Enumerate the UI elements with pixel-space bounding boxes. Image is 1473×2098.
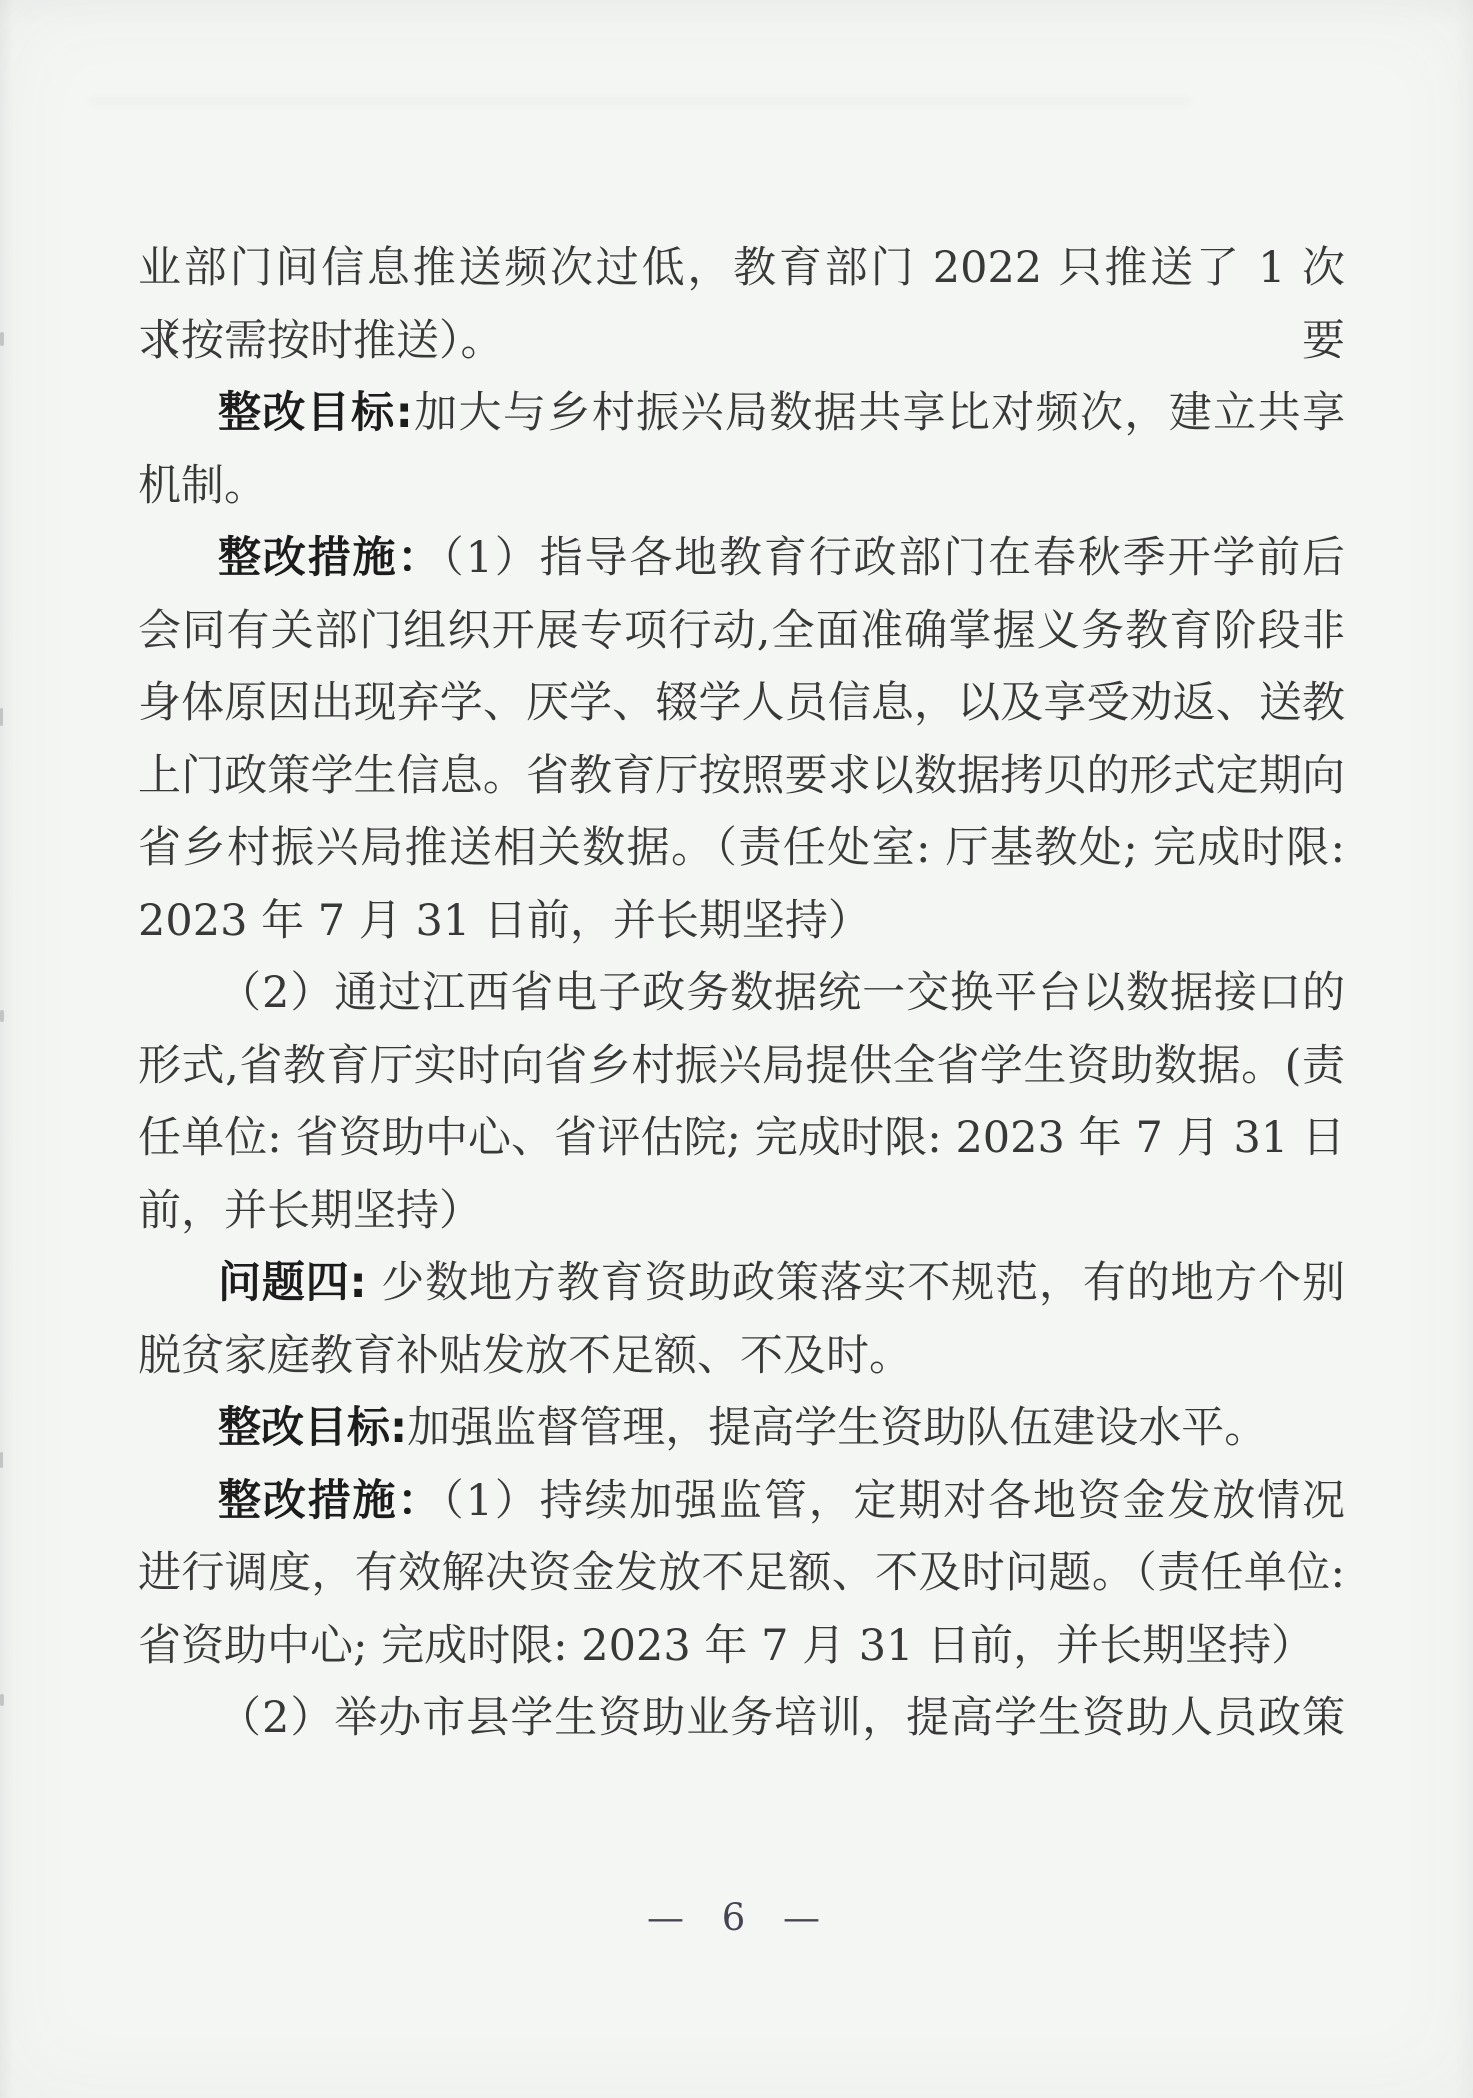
section-lead-label: 问题四:: [218, 1258, 367, 1308]
line-text: （2）通过江西省电子政务数据统一交换平台以数据接口的: [218, 968, 1345, 1018]
text-line: 身体原因出现弃学、厌学、辍学人员信息，以及享受劝返、送教: [138, 667, 1345, 740]
text-line: 省乡村振兴局推送相关数据。（责任处室: 厅基教处; 完成时限:: [138, 812, 1345, 885]
section-lead-label: 整改措施：: [218, 533, 442, 583]
text-line: 问题四: 少数地方教育资助政策落实不规范，有的地方个别: [138, 1247, 1345, 1320]
text-line: 2023 年 7 月 31 日前，并长期坚持）: [138, 885, 1345, 958]
text-line: 整改措施：（1）指导各地教育行政部门在春秋季开学前后: [138, 522, 1345, 595]
line-text: 会同有关部门组织开展专项行动,全面准确掌握义务教育阶段非: [138, 606, 1345, 656]
line-text: 前，并长期坚持）: [138, 1186, 482, 1236]
line-text: 2023 年 7 月 31 日前，并长期坚持）: [138, 896, 871, 946]
line-text: 加强监督管理，提高学生资助队伍建设水平。: [407, 1403, 1267, 1453]
page-number: — 6 —: [0, 1896, 1473, 1939]
line-text: 省乡村振兴局推送相关数据。（责任处室: 厅基教处; 完成时限:: [138, 823, 1345, 873]
text-line: 整改目标:加强监督管理，提高学生资助队伍建设水平。: [138, 1392, 1345, 1465]
text-line: 省资助中心; 完成时限: 2023 年 7 月 31 日前，并长期坚持）: [138, 1610, 1345, 1683]
text-line: （2）举办市县学生资助业务培训，提高学生资助人员政策: [138, 1682, 1345, 1755]
text-line: 形式,省教育厅实时向省乡村振兴局提供全省学生资助数据。(责: [138, 1030, 1345, 1103]
line-text: 机制。: [138, 461, 267, 511]
line-text: 形式,省教育厅实时向省乡村振兴局提供全省学生资助数据。(责: [138, 1041, 1345, 1091]
text-line: 前，并长期坚持）: [138, 1175, 1345, 1248]
line-text: 身体原因出现弃学、厌学、辍学人员信息，以及享受劝返、送教: [138, 678, 1345, 728]
text-line: 上门政策学生信息。省教育厅按照要求以数据拷贝的形式定期向: [138, 740, 1345, 813]
text-line: 机制。: [138, 450, 1345, 523]
line-text: 脱贫家庭教育补贴发放不足额、不及时。: [138, 1331, 912, 1381]
scan-artifact: [0, 1010, 4, 1022]
section-lead-label: 整改目标:: [218, 1403, 407, 1453]
text-line: 任单位: 省资助中心、省评估院; 完成时限: 2023 年 7 月 31 日: [138, 1102, 1345, 1175]
line-text: 省资助中心; 完成时限: 2023 年 7 月 31 日前，并长期坚持）: [138, 1621, 1314, 1671]
line-text: 上门政策学生信息。省教育厅按照要求以数据拷贝的形式定期向: [138, 751, 1345, 801]
line-text: 求按需按时推送）。: [138, 316, 504, 366]
scan-artifact: [90, 96, 1190, 106]
line-text: （2）举办市县学生资助业务培训，提高学生资助人员政策: [218, 1693, 1345, 1743]
scanned-document-page: 业部门间信息推送频次过低，教育部门 2022 只推送了 1 次（要 求按需按时推…: [0, 0, 1473, 2098]
page-body-text: 业部门间信息推送频次过低，教育部门 2022 只推送了 1 次（要 求按需按时推…: [138, 232, 1345, 1755]
line-text: 加大与乡村振兴局数据共享比对频次，建立共享: [413, 388, 1345, 438]
line-text: （1）持续加强监管，定期对各地资金发放情况: [442, 1476, 1345, 1526]
text-line: 业部门间信息推送频次过低，教育部门 2022 只推送了 1 次（要: [138, 232, 1345, 305]
line-text: 任单位: 省资助中心、省评估院; 完成时限: 2023 年 7 月 31 日: [138, 1113, 1345, 1163]
line-text: 进行调度，有效解决资金发放不足额、不及时问题。（责任单位:: [138, 1548, 1345, 1598]
text-line: 会同有关部门组织开展专项行动,全面准确掌握义务教育阶段非: [138, 595, 1345, 668]
scan-artifact: [0, 708, 3, 726]
section-lead-label: 整改措施：: [218, 1476, 442, 1526]
text-line: 进行调度，有效解决资金发放不足额、不及时问题。（责任单位:: [138, 1537, 1345, 1610]
text-line: （2）通过江西省电子政务数据统一交换平台以数据接口的: [138, 957, 1345, 1030]
section-lead-label: 整改目标:: [218, 388, 413, 438]
text-line: 整改目标:加大与乡村振兴局数据共享比对频次，建立共享: [138, 377, 1345, 450]
line-text: （1）指导各地教育行政部门在春秋季开学前后: [442, 533, 1345, 583]
scan-artifact: [0, 1694, 4, 1706]
text-line: 整改措施：（1）持续加强监管，定期对各地资金发放情况: [138, 1465, 1345, 1538]
line-text: 少数地方教育资助政策落实不规范，有的地方个别: [367, 1258, 1345, 1308]
scan-artifact: [0, 332, 4, 346]
text-line: 脱贫家庭教育补贴发放不足额、不及时。: [138, 1320, 1345, 1393]
scan-artifact: [0, 1452, 3, 1468]
